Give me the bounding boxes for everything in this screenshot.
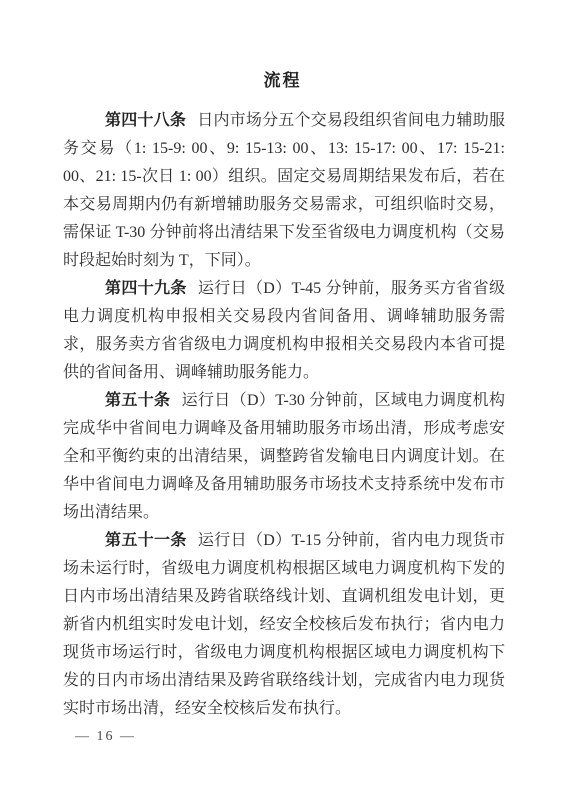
page-title: 流程 [0,0,565,91]
page-number-footer: — 16 — [75,729,136,745]
article-text: 日内市场分五个交易段组织省间电力辅助服务交易（1: 15-9: 00、9: 15… [63,112,505,269]
document-body: 第四十八条日内市场分五个交易段组织省间电力辅助服务交易（1: 15-9: 00、… [63,107,505,723]
article-number: 第五十条 [105,392,170,409]
article-number: 第四十九条 [105,280,187,297]
article-text: 运行日（D）T-15 分钟前，省内电力现货市场未运行时，省级电力调度机构根据区域… [63,532,505,717]
paragraph-article-48: 第四十八条日内市场分五个交易段组织省间电力辅助服务交易（1: 15-9: 00、… [63,107,505,275]
paragraph-article-49: 第四十九条运行日（D）T-45 分钟前，服务买方省省级电力调度机构申报相关交易段… [63,275,505,387]
article-number: 第四十八条 [105,112,186,129]
article-text: 运行日（D）T-30 分钟前，区域电力调度机构完成华中省间电力调峰及备用辅助服务… [63,392,505,521]
paragraph-article-50: 第五十条运行日（D）T-30 分钟前，区域电力调度机构完成华中省间电力调峰及备用… [63,387,505,527]
article-number: 第五十一条 [105,532,187,549]
paragraph-article-51: 第五十一条运行日（D）T-15 分钟前，省内电力现货市场未运行时，省级电力调度机… [63,527,505,723]
document-page: 流程 第四十八条日内市场分五个交易段组织省间电力辅助服务交易（1: 15-9: … [0,0,565,800]
